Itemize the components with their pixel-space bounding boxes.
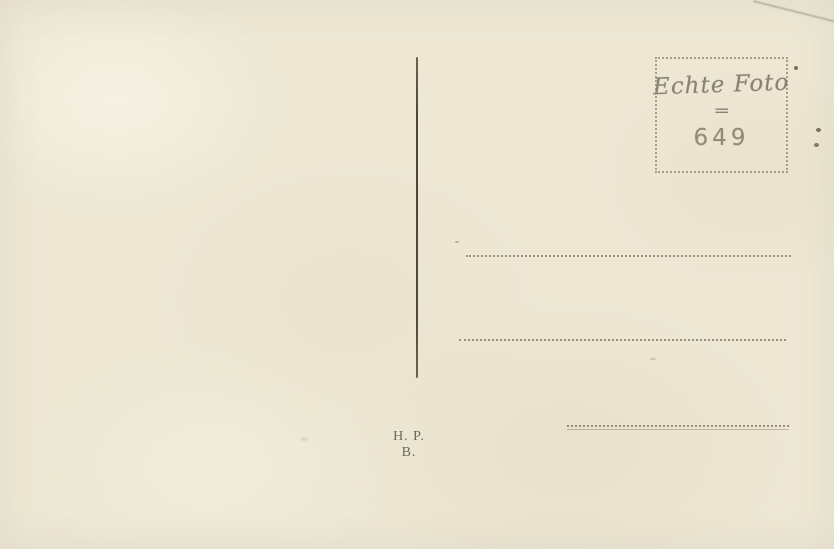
ink-speck	[814, 143, 819, 147]
ink-speck	[816, 128, 821, 132]
ink-speck	[794, 66, 798, 70]
publisher-initials-line2: B.	[381, 445, 437, 461]
paper-smudge	[301, 437, 308, 441]
address-line-3-underline	[567, 429, 789, 430]
stamp-box-brand-text: Echte Foto	[653, 70, 790, 101]
stamp-box-number: 649	[694, 127, 750, 150]
address-line-1	[466, 255, 791, 257]
stamp-box: Echte Foto = 649	[655, 57, 788, 173]
ink-speck	[455, 241, 459, 243]
postcard-back: Echte Foto = 649 H. P. B.	[0, 0, 834, 549]
center-divider-line	[416, 57, 418, 378]
publisher-initials-line1: H. P.	[381, 429, 437, 445]
address-line-3	[567, 425, 789, 427]
stamp-box-separator: =	[713, 103, 730, 119]
corner-crease	[753, 0, 834, 26]
address-line-2	[459, 339, 786, 341]
ink-speck	[650, 358, 656, 360]
publisher-imprint: H. P. B.	[381, 429, 437, 461]
